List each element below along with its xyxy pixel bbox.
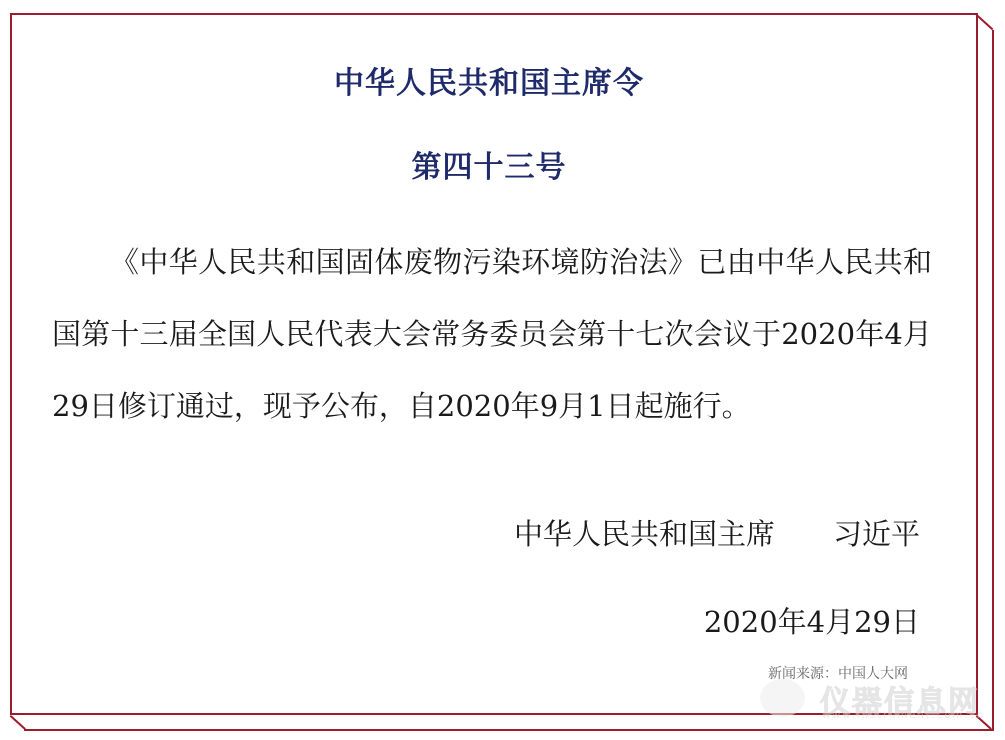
frame-corner-top-right — [976, 14, 994, 30]
watermark: 仪器信息网 www.instrument.com.cn — [760, 677, 980, 722]
frame-shadow-right — [992, 30, 994, 730]
frame-shadow-bottom — [24, 729, 994, 731]
order-number: 第四十三号 — [0, 142, 978, 186]
document-date: 2020年4月29日 — [704, 600, 920, 641]
frame-corner-bottom-left — [10, 715, 26, 730]
signature: 中华人民共和国主席 习近平 — [514, 512, 920, 553]
watermark-url: www.instrument.com.cn — [822, 710, 985, 721]
document-body: 《中华人民共和国固体废物污染环境防治法》已由中华人民共和国第十三届全国人民代表大… — [52, 226, 932, 442]
document-title: 中华人民共和国主席令 — [0, 58, 978, 102]
watermark-logo-icon — [760, 679, 805, 717]
